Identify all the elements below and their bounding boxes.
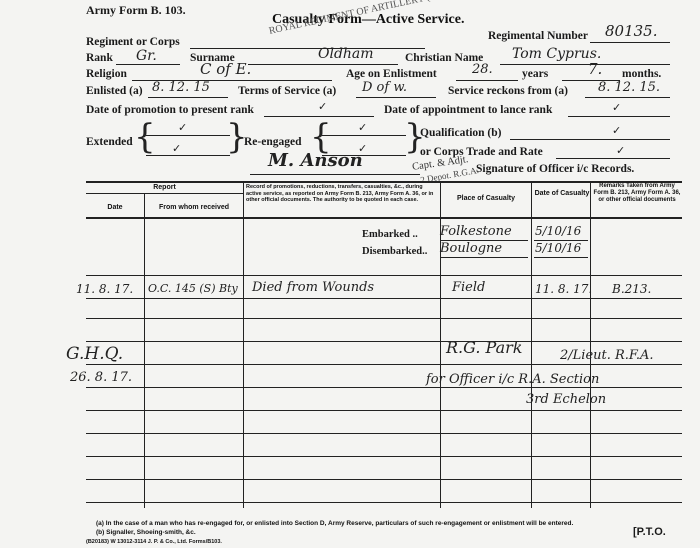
reengaged-line-1 <box>322 135 406 136</box>
ghq-date: 26. 8. 17. <box>70 370 132 385</box>
religion-value: C of E. <box>200 60 251 78</box>
embarked-label: Embarked .. <box>362 229 418 240</box>
row-line <box>86 502 682 503</box>
disembarked-date: 5/10/16 <box>535 241 581 255</box>
row-place: Field <box>452 280 485 295</box>
row-date: 11. 8. 17. <box>76 282 133 296</box>
qualification-check-icon: ✓ <box>612 124 621 137</box>
header-record: Record of promotions, reductions, transf… <box>246 184 438 204</box>
header-place: Place of Casualty <box>441 195 531 203</box>
regimental-number-value: 80135. <box>605 22 658 40</box>
footnote-printer: (B20183) W 13012-3114 J. P. & Co., Ltd. … <box>86 539 222 545</box>
religion-label: Religion <box>86 68 127 80</box>
surname-line <box>248 64 398 65</box>
trade-check-icon: ✓ <box>616 144 625 157</box>
promotion-label: Date of promotion to present rank <box>86 104 254 116</box>
footnote-b: (b) Signaller, Shoeing-smith, &c. <box>96 529 196 536</box>
header-date-casualty: Date of Casualty <box>534 190 590 198</box>
officer-signature-value: M. Anson <box>268 150 363 171</box>
disembarked-place-line <box>440 257 528 258</box>
row-line <box>86 364 682 365</box>
service-reckons-value: 8. 12. 15. <box>598 80 660 95</box>
row-line <box>86 387 682 388</box>
col-divider-place <box>531 181 532 508</box>
footnote-a: (a) In the case of a man who has re-enga… <box>96 520 573 527</box>
regimental-number-label: Regimental Number <box>488 30 588 42</box>
regimental-number-line <box>590 42 670 43</box>
row-record: Died from Wounds <box>252 280 374 295</box>
col-divider-date <box>144 193 145 508</box>
embarked-place: Folkestone <box>440 224 512 239</box>
table-header-border <box>86 217 682 219</box>
trade-line <box>556 158 670 159</box>
row-line <box>86 456 682 457</box>
lance-rank-check-icon: ✓ <box>612 101 621 114</box>
officer-signature-line <box>250 174 420 175</box>
signature-rank: 2/Lieut. R.F.A. <box>560 348 654 363</box>
age-months-value: 7. <box>588 60 602 78</box>
rank-value: Gr. <box>136 48 157 64</box>
row-line <box>86 410 682 411</box>
terms-value: D of w. <box>362 80 407 95</box>
extended-label: Extended <box>86 136 133 148</box>
terms-line <box>356 97 436 98</box>
trade-label: or Corps Trade and Rate <box>420 146 543 158</box>
signature-value: R.G. Park <box>446 338 522 357</box>
row-date-casualty: 11. 8. 17. <box>535 282 592 296</box>
disembarked-place: Boulogne <box>440 241 502 256</box>
christian-name-line <box>500 64 670 65</box>
enlisted-label: Enlisted (a) <box>86 85 143 97</box>
enlisted-line <box>148 97 228 98</box>
header-remarks: Remarks Taken from Army Form B. 213, Arm… <box>592 183 682 204</box>
officer-signature-label: Signature of Officer i/c Records. <box>476 163 634 175</box>
casualty-form-document: Army Form B. 103. Casualty Form—Active S… <box>0 0 700 548</box>
age-label: Age on Enlistment <box>346 68 437 80</box>
reengaged-brace-left: { <box>310 120 332 154</box>
report-divider <box>86 193 243 194</box>
extended-line-1 <box>146 135 230 136</box>
row-line <box>86 275 682 276</box>
header-date: Date <box>86 204 144 212</box>
signature-for: for Officer i/c R.A. Section <box>426 372 599 387</box>
disembarked-date-line <box>534 257 588 258</box>
embarked-date: 5/10/16 <box>535 224 581 238</box>
extended-brace-left: { <box>134 120 156 154</box>
regiment-label: Regiment or Corps <box>86 36 180 48</box>
surname-value: Oldham <box>318 46 374 62</box>
header-from-whom: From whom received <box>145 204 243 212</box>
qualification-label: Qualification (b) <box>420 127 501 139</box>
reengaged-label: Re-engaged <box>244 136 302 148</box>
qualification-line <box>510 139 670 140</box>
enlisted-value: 8. 12. 15 <box>152 80 210 95</box>
row-line <box>86 479 682 480</box>
disembarked-label: Disembarked.. <box>362 246 427 257</box>
col-divider-date-casualty <box>590 181 591 508</box>
rank-line <box>116 64 180 65</box>
row-line <box>86 298 682 299</box>
regiment-line <box>190 48 425 49</box>
service-reckons-label: Service reckons from (a) <box>448 85 568 97</box>
row-line <box>86 433 682 434</box>
ghq-entry: G.H.Q. <box>66 344 123 364</box>
promotion-check-icon: ✓ <box>318 100 327 113</box>
age-years-value: 28. <box>472 62 493 77</box>
years-label: years <box>522 68 548 80</box>
row-line <box>86 341 682 342</box>
service-reckons-line <box>585 97 670 98</box>
col-divider-from <box>243 181 244 508</box>
row-remarks: B.213. <box>612 282 651 296</box>
reengaged-check-icon-1: ✓ <box>358 121 367 134</box>
extended-check-icon-1: ✓ <box>178 121 187 134</box>
lance-rank-label: Date of appointment to lance rank <box>384 104 552 116</box>
pto-label: [P.T.O. <box>633 526 666 538</box>
signature-echelon: 3rd Echelon <box>526 392 606 407</box>
extended-line-2 <box>146 155 230 156</box>
row-line <box>86 318 682 319</box>
months-label: months. <box>622 68 661 80</box>
extended-check-icon-2: ✓ <box>172 142 181 155</box>
age-years-line <box>456 80 518 81</box>
terms-label: Terms of Service (a) <box>238 85 336 97</box>
header-report: Report <box>86 184 243 192</box>
form-number: Army Form B. 103. <box>86 3 186 18</box>
rank-label: Rank <box>86 52 113 64</box>
lance-rank-line <box>568 116 670 117</box>
row-from-whom: O.C. 145 (S) Bty <box>148 282 238 295</box>
